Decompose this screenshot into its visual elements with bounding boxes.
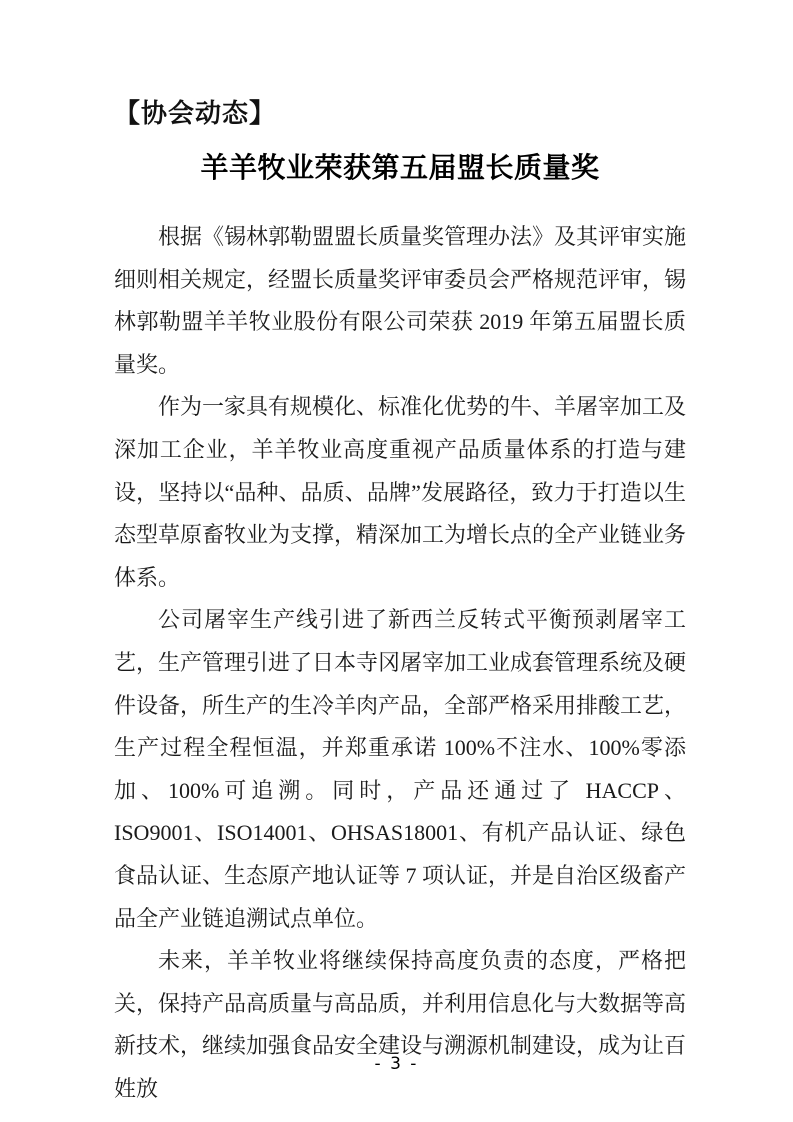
paragraph-1: 根据《锡林郭勒盟盟长质量奖管理办法》及其评审实施细则相关规定，经盟长质量奖评审委… bbox=[114, 216, 686, 386]
page-content: 【协会动态】 羊羊牧业荣获第五届盟长质量奖 根据《锡林郭勒盟盟长质量奖管理办法》… bbox=[0, 0, 793, 1110]
paragraph-2: 作为一家具有规模化、标准化优势的牛、羊屠宰加工及深加工企业，羊羊牧业高度重视产品… bbox=[114, 386, 686, 599]
paragraph-3: 公司屠宰生产线引进了新西兰反转式平衡预剥屠宰工艺，生产管理引进了日本寺冈屠宰加工… bbox=[114, 599, 686, 940]
article-body: 根据《锡林郭勒盟盟长质量奖管理办法》及其评审实施细则相关规定，经盟长质量奖评审委… bbox=[114, 216, 686, 1110]
page-number: - 3 - bbox=[0, 1054, 793, 1074]
section-header: 【协会动态】 bbox=[114, 96, 686, 130]
document-page: 【协会动态】 羊羊牧业荣获第五届盟长质量奖 根据《锡林郭勒盟盟长质量奖管理办法》… bbox=[0, 0, 793, 1122]
paragraph-4: 未来，羊羊牧业将继续保持高度负责的态度，严格把关，保持产品高质量与高品质，并利用… bbox=[114, 940, 686, 1110]
article-title: 羊羊牧业荣获第五届盟长质量奖 bbox=[114, 148, 686, 190]
